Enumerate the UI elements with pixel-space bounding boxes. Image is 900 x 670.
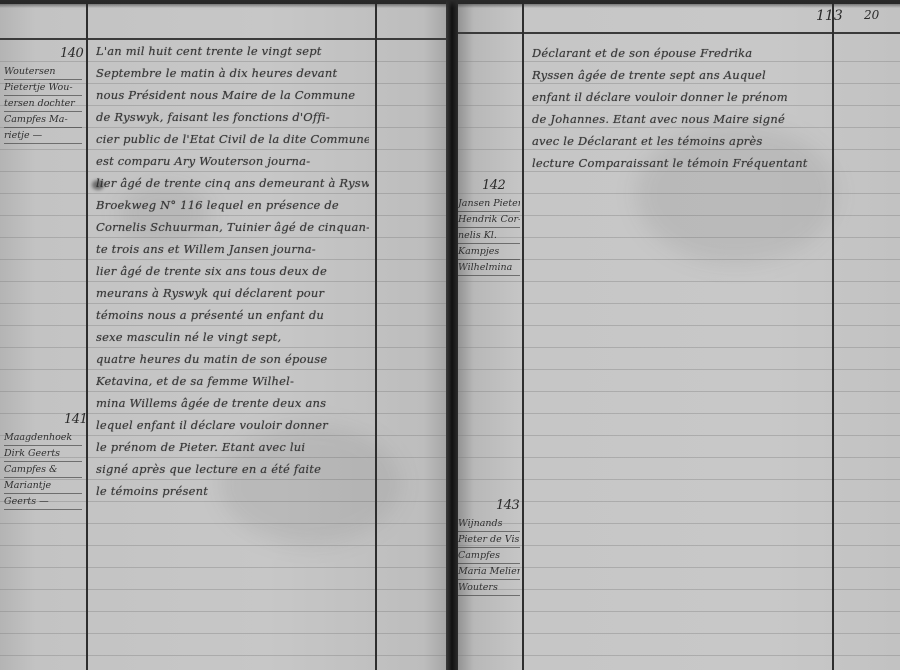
right-margin-rule	[832, 4, 834, 670]
handwritten-line: enfant il déclare vouloir donner le prén…	[532, 90, 826, 112]
margin-annotation: Jansen Pieter Hendrik Cor- nelis Kl. Kam…	[458, 196, 520, 276]
handwritten-line: Ryssen âgée de trente sept ans Auquel	[532, 68, 826, 90]
entry-number: 143	[496, 498, 519, 513]
tally-number: 20	[864, 8, 879, 22]
handwritten-line: lequel enfant il déclare vouloir donner	[96, 418, 369, 440]
handwritten-line: mina Willems âgée de trente deux ans	[96, 396, 369, 418]
register-book-spread: 140 Woutersen Pietertje Wou- tersen doch…	[0, 0, 900, 670]
scan-edge-shadow	[0, 0, 900, 8]
left-page: 140 Woutersen Pietertje Wou- tersen doch…	[0, 4, 448, 670]
handwritten-line: est comparu Ary Wouterson journa-	[96, 154, 369, 176]
margin-annotation: Woutersen Pietertje Wou- tersen dochter …	[4, 64, 82, 144]
left-margin-column: 142 Jansen Pieter Hendrik Cor- nelis Kl.…	[456, 40, 522, 670]
handwritten-line: L'an mil huit cent trente le vingt sept	[96, 44, 369, 66]
handwritten-line: Septembre le matin à dix heures devant	[96, 66, 369, 88]
handwritten-line: Ketavina, et de sa femme Wilhel-	[96, 374, 369, 396]
left-margin-column: 140 Woutersen Pietertje Wou- tersen doch…	[0, 40, 86, 670]
margin-annotation: Wijnands Pieter de Vis Campfes Maria Mel…	[458, 516, 520, 596]
handwritten-line: lecture Comparaissant le témoin Fréquent…	[532, 156, 826, 178]
handwritten-line: signé après que lecture en a été faite	[96, 462, 369, 484]
handwritten-line: avec le Déclarant et les témoins après	[532, 134, 826, 156]
handwritten-line: cier public de l'Etat Civil de la dite C…	[96, 132, 369, 154]
handwritten-line: le témoins présent	[96, 484, 369, 506]
handwritten-line: quatre heures du matin de son épouse	[96, 352, 369, 374]
handwritten-line: témoins nous a présenté un enfant du	[96, 308, 369, 330]
handwritten-line: le prénom de Pieter. Etant avec lui	[96, 440, 369, 462]
handwritten-line: meurans à Ryswyk qui déclarent pour	[96, 286, 369, 308]
handwritten-line: lier âgé de trente six ans tous deux de	[96, 264, 369, 286]
handwritten-line: de Ryswyk, faisant les fonctions d'Offi-	[96, 110, 369, 132]
handwritten-line: Cornelis Schuurman, Tuinier âgé de cinqu…	[96, 220, 369, 242]
entry-number: 141	[64, 412, 87, 427]
entry-text-column: L'an mil huit cent trente le vingt sept …	[88, 40, 375, 670]
entry-number: 140	[60, 46, 83, 61]
handwritten-line: Broekweg N° 116 lequel en présence de	[96, 198, 369, 220]
folio-number: 113	[816, 8, 843, 24]
entry-text-column: Déclarant et de son épouse Fredrika Ryss…	[524, 40, 832, 670]
margin-annotation: Maagdenhoek Dirk Geerts Campfes & Marian…	[4, 430, 82, 510]
handwritten-line: nous Président nous Maire de la Commune	[96, 88, 369, 110]
right-page: 113 20 142 Jansen Pieter Hendrik Cor- ne…	[456, 4, 900, 670]
handwritten-line: de Johannes. Etant avec nous Maire signé	[532, 112, 826, 134]
handwritten-line: lier âgé de trente cinq ans demeurant à …	[96, 176, 369, 198]
right-margin-rule	[375, 4, 377, 670]
ink-blot	[92, 180, 104, 190]
entry-number: 142	[482, 178, 505, 193]
book-gutter	[446, 0, 458, 670]
handwritten-line: Déclarant et de son épouse Fredrika	[532, 46, 826, 68]
handwritten-line: te trois ans et Willem Jansen journa-	[96, 242, 369, 264]
handwritten-line: sexe masculin né le vingt sept,	[96, 330, 369, 352]
